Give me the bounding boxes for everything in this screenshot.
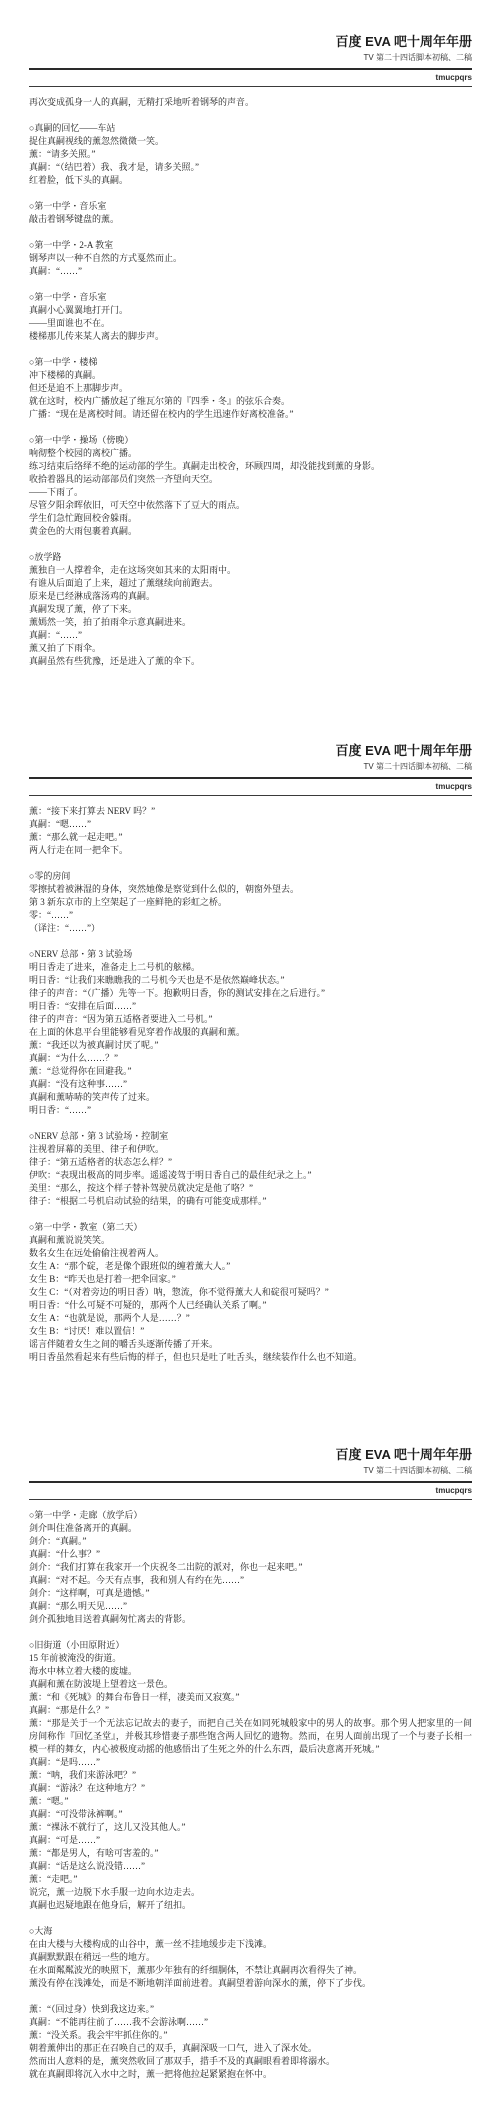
script-line: 律子的声音：“（广播）先等一下。抱歉明日香，你的测试安排在之后进行。” xyxy=(29,987,472,1000)
script-line: 15 年前被淹没的街道。 xyxy=(29,1652,472,1665)
script-line: 薰：“呐，我们来游泳吧？” xyxy=(29,1769,472,1782)
script-line: 广播：“现在是离校时间。请还留在校内的学生迅速作好离校准备。” xyxy=(29,408,472,421)
script-line: 原来是已经淋成落汤鸡的真嗣。 xyxy=(29,590,472,603)
scene-block: ○第一中学・楼梯冲下楼梯的真嗣。但还是追不上那脚步声。就在这时，校内广播放起了维… xyxy=(29,356,472,421)
scene-block: ○第一中学・音乐室敲击着钢琴键盘的薰。 xyxy=(29,200,472,226)
script-line: 薰又拍了下雨伞。 xyxy=(29,642,472,655)
scene-block: ○旧街道（小田原附近）15 年前被淹没的街道。海水中林立着大楼的废墟。真嗣和薰在… xyxy=(29,1639,472,1912)
script-line: 真嗣和薰哧哧的笑声传了过来。 xyxy=(29,1091,472,1104)
script-line: 然而出人意料的是，薰突然收回了那双手，措手不及的真嗣眼看着即将溺水。 xyxy=(29,2055,472,2068)
doc-subtitle: TV 第二十四话脚本初稿、二稿 xyxy=(29,761,472,773)
script-line: 薰：“那么就一起走吧。” xyxy=(29,831,472,844)
script-line: ○NERV 总部・第 3 试验场・控制室 xyxy=(29,1130,472,1143)
scene-block: ○真嗣的回忆——车站捉住真嗣视线的薰忽然微微一笑。薰：“请多关照。”真嗣：“（结… xyxy=(29,122,472,187)
script-line: 红着脸，低下头的真嗣。 xyxy=(29,174,472,187)
script-line: 黄金色的大雨包裹着真嗣。 xyxy=(29,525,472,538)
script-line: （译注：“……”） xyxy=(29,922,472,935)
scene-block: ○第一中学・走廊（放学后）剑介叫住准备离开的真嗣。剑介：“真嗣。”真嗣：“什么事… xyxy=(29,1509,472,1626)
script-line: 在由大楼与大楼构成的山谷中，薰一丝不挂地缓步走下浅滩。 xyxy=(29,1938,472,1951)
script-line: 敲击着钢琴键盘的薰。 xyxy=(29,213,472,226)
script-line: 女生 B：“讨厌！难以置信！” xyxy=(29,1325,472,1338)
script-line: 就在真嗣即将沉入水中之时，薰一把将他拉起紧紧抱在怀中。 xyxy=(29,2068,472,2081)
script-line: 女生 A：“那个碇，老是像个跟班似的缠着薰大人。” xyxy=(29,1260,472,1273)
script-line: ○第一中学・走廊（放学后） xyxy=(29,1509,472,1522)
script-line: ○零的房间 xyxy=(29,870,472,883)
script-line: 真嗣：“没有这种事……” xyxy=(29,1078,472,1091)
script-line: 真嗣也迟疑地跟在他身后，解开了纽扣。 xyxy=(29,1899,472,1912)
script-line: 薰：“（回过身）快到我这边来。” xyxy=(29,2003,472,2016)
script-line: 薰：“嗯。” xyxy=(29,1795,472,1808)
script-line: 真嗣：“……” xyxy=(29,265,472,278)
script-line: 薰：“总觉得你在回避我。” xyxy=(29,1065,472,1078)
script-line: 零：“……” xyxy=(29,909,472,922)
header-rule-top xyxy=(29,68,472,70)
script-line: 真嗣：“游泳？在这种地方？” xyxy=(29,1782,472,1795)
page-header: 百度 EVA 吧十周年年册 TV 第二十四话脚本初稿、二稿 tmucpqrs xyxy=(29,1446,472,1500)
scene-block: ○第一中学・教室（第二天）真嗣和薰说说笑笑。数名女生在远处偷偷注视着两人。女生 … xyxy=(29,1221,472,1364)
script-line: 真嗣：“为什么……？” xyxy=(29,1052,472,1065)
script-line: 数名女生在远处偷偷注视着两人。 xyxy=(29,1247,472,1260)
page-body: 再次变成孤身一人的真嗣，无精打采地听着钢琴的声音。○真嗣的回忆——车站捉住真嗣视… xyxy=(29,96,472,668)
script-page: 百度 EVA 吧十周年年册 TV 第二十四话脚本初稿、二稿 tmucpqrs 薰… xyxy=(0,742,500,1364)
page-header: 百度 EVA 吧十周年年册 TV 第二十四话脚本初稿、二稿 tmucpqrs xyxy=(29,0,472,87)
script-line: ○第一中学・教室（第二天） xyxy=(29,1221,472,1234)
script-line: ○NERV 总部・第 3 试验场 xyxy=(29,948,472,961)
scene-block: ○大海在由大楼与大楼构成的山谷中，薰一丝不挂地缓步走下浅滩。真嗣默默跟在稍远一些… xyxy=(29,1925,472,1990)
header-rule-top xyxy=(29,777,472,779)
page-body: ○第一中学・走廊（放学后）剑介叫住准备离开的真嗣。剑介：“真嗣。”真嗣：“什么事… xyxy=(29,1509,472,2081)
script-line: 楼梯那儿传来某人离去的脚步声。 xyxy=(29,330,472,343)
script-line: 剑介：“这样啊，可真是遗憾。” xyxy=(29,1587,472,1600)
script-line: 薰：“走吧。” xyxy=(29,1873,472,1886)
script-line: 真嗣：“对不起。今天有点事，我和别人有约在先……” xyxy=(29,1574,472,1587)
script-line: 明日香虽然看起来有些后悔的样子，但也只是吐了吐舌头，继续装作什么也不知道。 xyxy=(29,1351,472,1364)
script-line: 有谁从后面追了上来，超过了薰继续向前跑去。 xyxy=(29,577,472,590)
script-line: 第 3 新东京市的上空架起了一座鲜艳的彩虹之桥。 xyxy=(29,896,472,909)
header-rule-bottom xyxy=(29,1499,472,1500)
script-line: 尽管夕阳余晖依旧，可天空中依然落下了豆大的雨点。 xyxy=(29,499,472,512)
script-line: 真嗣：“是吗……” xyxy=(29,1756,472,1769)
script-line: 钢琴声以一种不自然的方式戛然而止。 xyxy=(29,252,472,265)
script-line: 明日香：“……” xyxy=(29,1104,472,1117)
script-line: 朝着薰伸出的那正在召唤自己的双手，真嗣深吸一口气，进入了深水处。 xyxy=(29,2042,472,2055)
header-rule-bottom xyxy=(29,795,472,796)
script-line: ○第一中学・楼梯 xyxy=(29,356,472,369)
doc-subtitle: TV 第二十四话脚本初稿、二稿 xyxy=(29,1465,472,1477)
script-line: ○放学路 xyxy=(29,551,472,564)
scene-block: 再次变成孤身一人的真嗣，无精打采地听着钢琴的声音。 xyxy=(29,96,472,109)
script-line: 真嗣：“可没带泳裤啊。” xyxy=(29,1808,472,1821)
doc-title: 百度 EVA 吧十周年年册 xyxy=(29,742,472,759)
script-line: 真嗣发现了薰，停了下来。 xyxy=(29,603,472,616)
script-line: 真嗣：“……” xyxy=(29,629,472,642)
script-line: 律子：“根据二号机启动试验的结果，的确有可能变成那样。” xyxy=(29,1195,472,1208)
script-line: 真嗣和薰说说笑笑。 xyxy=(29,1234,472,1247)
script-line: 薰没有停在浅滩处，而是不断地朝洋面前进着。真嗣望着游向深水的薰，停下了步伐。 xyxy=(29,1977,472,1990)
script-line: 真嗣：“（结巴着）我、我才是，请多关照。” xyxy=(29,161,472,174)
header-rule-top xyxy=(29,1481,472,1483)
script-line: 真嗣：“什么事？” xyxy=(29,1548,472,1561)
script-line: 薰：“都是男人，有啥可害羞的。” xyxy=(29,1847,472,1860)
script-line: ○第一中学・音乐室 xyxy=(29,291,472,304)
script-line: 伊吹：“表现出极高的同步率。遥遥凌驾于明日香自己的最佳纪录之上。” xyxy=(29,1169,472,1182)
script-line: 学生们急忙跑回校舍躲雨。 xyxy=(29,512,472,525)
doc-author: tmucpqrs xyxy=(29,1485,472,1496)
script-line: 真嗣：“可是……” xyxy=(29,1834,472,1847)
script-line: 女生 A：“也就是说，那两个人是……？” xyxy=(29,1312,472,1325)
script-line: 薰：“裸泳不就行了，这儿又没其他人。” xyxy=(29,1821,472,1834)
scene-block: ○第一中学・音乐室真嗣小心翼翼地打开门。——里面谁也不在。楼梯那儿传来某人离去的… xyxy=(29,291,472,343)
script-line: 明日香：“让我们来瞧瞧我的二号机今天也是不是依然巅峰状态。” xyxy=(29,974,472,987)
script-line: 薰：“没关系。我会牢牢抓住你的。” xyxy=(29,2029,472,2042)
scene-block: ○放学路薰独自一人撑着伞，走在这场突如其来的太阳雨中。有谁从后面追了上来，超过了… xyxy=(29,551,472,668)
script-line: 真嗣小心翼翼地打开门。 xyxy=(29,304,472,317)
scene-block: 薰：“（回过身）快到我这边来。”真嗣：“不能再往前了……我不会游泳啊……”薰：“… xyxy=(29,2003,472,2081)
scene-block: 薰：“接下来打算去 NERV 吗？”真嗣：“嗯……”薰：“那么就一起走吧。”两人… xyxy=(29,805,472,857)
doc-title: 百度 EVA 吧十周年年册 xyxy=(29,1446,472,1463)
script-line: 薰：“请多关照。” xyxy=(29,148,472,161)
script-line: 说完，薰一边脱下水手服一边向水边走去。 xyxy=(29,1886,472,1899)
script-page: 百度 EVA 吧十周年年册 TV 第二十四话脚本初稿、二稿 tmucpqrs 再… xyxy=(0,0,500,668)
script-line: ——里面谁也不在。 xyxy=(29,317,472,330)
scene-block: ○NERV 总部・第 3 试验场・控制室注视着屏幕的美里、律子和伊吹。律子：“第… xyxy=(29,1130,472,1208)
script-line: ——下雨了。 xyxy=(29,486,472,499)
script-line: 明日香走了进来，准备走上二号机的舷梯。 xyxy=(29,961,472,974)
script-line: 两人行走在同一把伞下。 xyxy=(29,844,472,857)
script-line: 剑介：“我们打算在我家开一个庆祝冬二出院的派对，你也一起来吧。” xyxy=(29,1561,472,1574)
script-line: 剑介叫住准备离开的真嗣。 xyxy=(29,1522,472,1535)
script-line: 明日香：“什么可疑不可疑的，那两个人已经确认关系了啊。” xyxy=(29,1299,472,1312)
script-line: ○大海 xyxy=(29,1925,472,1938)
script-line: 薰独自一人撑着伞，走在这场突如其来的太阳雨中。 xyxy=(29,564,472,577)
script-line: 零擦拭着被淋湿的身体，突然她像是察觉到什么似的，朝窗外望去。 xyxy=(29,883,472,896)
script-line: 真嗣：“嗯……” xyxy=(29,818,472,831)
doc-title: 百度 EVA 吧十周年年册 xyxy=(29,33,472,50)
doc-author: tmucpqrs xyxy=(29,781,472,792)
script-line: ○第一中学・音乐室 xyxy=(29,200,472,213)
script-line: 薰：“和《死城》的舞台布鲁日一样，凄美而又寂寞。” xyxy=(29,1691,472,1704)
script-line: 谣言伴随着女生之间的嚼舌头逐渐传播了开来。 xyxy=(29,1338,472,1351)
script-line: 薰嫣然一笑，拍了拍雨伞示意真嗣进来。 xyxy=(29,616,472,629)
script-line: 冲下楼梯的真嗣。 xyxy=(29,369,472,382)
header-rule-bottom xyxy=(29,86,472,87)
script-line: 律子：“第五适格者的状态怎么样？” xyxy=(29,1156,472,1169)
document-root: 百度 EVA 吧十周年年册 TV 第二十四话脚本初稿、二稿 tmucpqrs 再… xyxy=(0,0,500,2081)
script-line: 但还是追不上那脚步声。 xyxy=(29,382,472,395)
script-line: 注视着屏幕的美里、律子和伊吹。 xyxy=(29,1143,472,1156)
page-body: 薰：“接下来打算去 NERV 吗？”真嗣：“嗯……”薰：“那么就一起走吧。”两人… xyxy=(29,805,472,1364)
doc-author: tmucpqrs xyxy=(29,72,472,83)
script-line: ○第一中学・操场（傍晚） xyxy=(29,434,472,447)
script-line: 真嗣默默跟在稍远一些的地方。 xyxy=(29,1951,472,1964)
script-line: 响彻整个校园的离校广播。 xyxy=(29,447,472,460)
script-line: 练习结束后络绎不绝的运动部的学生。真嗣走出校舍，环顾四周，却没能找到薰的身影。 xyxy=(29,460,472,473)
script-line: 薰：“那是关于一个无法忘记故去的妻子，而把自己关在如同死城般家中的男人的故事。那… xyxy=(29,1717,472,1756)
script-line: 真嗣：“那么明天见……” xyxy=(29,1600,472,1613)
script-line: 真嗣：“话是这么说没错……” xyxy=(29,1860,472,1873)
script-line: 剑介：“真嗣。” xyxy=(29,1535,472,1548)
script-line: 真嗣虽然有些犹豫，还是进入了薰的伞下。 xyxy=(29,655,472,668)
script-line: 在水面粼粼波光的映照下，薰那少年独有的纤细胴体，不禁让真嗣再次看得失了神。 xyxy=(29,1964,472,1977)
script-line: 就在这时，校内广播放起了维瓦尔第的『四季・冬』的弦乐合奏。 xyxy=(29,395,472,408)
script-line: 明日香：“安排在后面……” xyxy=(29,1000,472,1013)
script-line: 在上面的休息平台里能够看见穿着作战服的真嗣和薰。 xyxy=(29,1026,472,1039)
scene-block: ○零的房间零擦拭着被淋湿的身体，突然她像是察觉到什么似的，朝窗外望去。第 3 新… xyxy=(29,870,472,935)
script-line: ○真嗣的回忆——车站 xyxy=(29,122,472,135)
script-line: 女生 C：“（对着旁边的明日香）呐，惣流，你不觉得薰大人和碇很可疑吗？” xyxy=(29,1286,472,1299)
script-line: 剑介孤独地目送着真嗣匆忙离去的背影。 xyxy=(29,1613,472,1626)
script-line: 薰：“我还以为被真嗣讨厌了呢。” xyxy=(29,1039,472,1052)
scene-block: ○第一中学・2-A 教室钢琴声以一种不自然的方式戛然而止。真嗣：“……” xyxy=(29,239,472,278)
scene-block: ○NERV 总部・第 3 试验场明日香走了进来，准备走上二号机的舷梯。明日香：“… xyxy=(29,948,472,1117)
script-line: 再次变成孤身一人的真嗣，无精打采地听着钢琴的声音。 xyxy=(29,96,472,109)
doc-subtitle: TV 第二十四话脚本初稿、二稿 xyxy=(29,52,472,64)
script-line: ○第一中学・2-A 教室 xyxy=(29,239,472,252)
script-line: 律子的声音：“因为第五适格者要进入二号机。” xyxy=(29,1013,472,1026)
scene-block: ○第一中学・操场（傍晚）响彻整个校园的离校广播。练习结束后络绎不绝的运动部的学生… xyxy=(29,434,472,538)
script-line: 收拾着器具的运动部部员们突然一齐望向天空。 xyxy=(29,473,472,486)
script-line: 捉住真嗣视线的薰忽然微微一笑。 xyxy=(29,135,472,148)
script-line: 真嗣和薰在防波堤上望着这一景色。 xyxy=(29,1678,472,1691)
script-line: 美里：“那么，按这个样子替补驾驶员就决定是他了咯？” xyxy=(29,1182,472,1195)
page-header: 百度 EVA 吧十周年年册 TV 第二十四话脚本初稿、二稿 tmucpqrs xyxy=(29,742,472,796)
script-line: 薰：“接下来打算去 NERV 吗？” xyxy=(29,805,472,818)
script-page: 百度 EVA 吧十周年年册 TV 第二十四话脚本初稿、二稿 tmucpqrs ○… xyxy=(0,1446,500,2081)
script-line: ○旧街道（小田原附近） xyxy=(29,1639,472,1652)
script-line: 海水中林立着大楼的废墟。 xyxy=(29,1665,472,1678)
script-line: 真嗣：“不能再往前了……我不会游泳啊……” xyxy=(29,2016,472,2029)
script-line: 真嗣：“那是什么？” xyxy=(29,1704,472,1717)
script-line: 女生 B：“昨天也是打着一把伞回家。” xyxy=(29,1273,472,1286)
